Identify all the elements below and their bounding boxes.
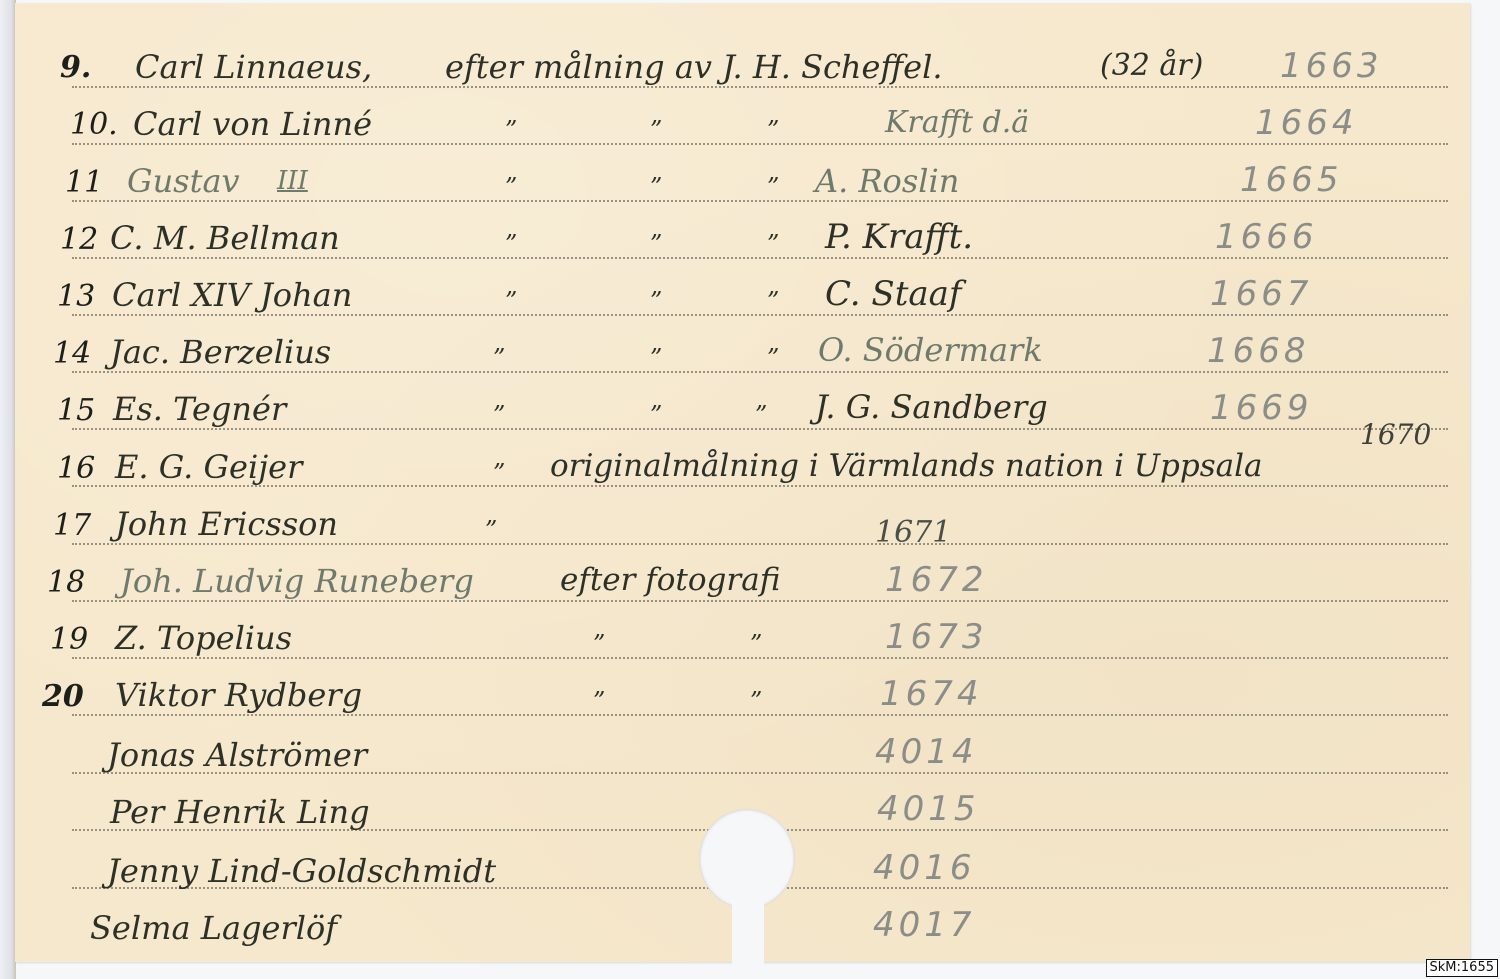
entry-name: Es. Tegnér — [113, 393, 286, 425]
catalog-number: 1665 — [1240, 163, 1343, 197]
ditto-mark: ” — [650, 289, 662, 313]
entry-number: 19 — [50, 625, 88, 655]
ditto-mark: ” — [493, 346, 505, 370]
entry-note: (32 år) — [1100, 51, 1203, 81]
ruled-line — [72, 371, 1448, 373]
entry-number: 14 — [53, 339, 91, 369]
ditto-mark: ” — [767, 289, 779, 313]
catalog-number: 4014 — [875, 735, 978, 769]
ruled-line — [72, 200, 1448, 202]
entry-name: Gustav — [127, 165, 240, 197]
catalog-number: 4016 — [873, 851, 976, 885]
entry-name: Jac. Berzelius — [110, 336, 331, 368]
entry-number: 13 — [57, 282, 95, 312]
artist-name: P. Krafft. — [825, 220, 973, 254]
ditto-mark: ” — [767, 232, 779, 256]
entry-name: John Ericsson — [115, 508, 338, 540]
catalog-number: 1664 — [1255, 106, 1358, 140]
artist-name: J. G. Sandberg — [815, 391, 1048, 423]
entry-number: 16 — [57, 454, 95, 484]
entry-number: 20 — [42, 682, 84, 712]
ditto-mark: ” — [650, 118, 662, 142]
catalog-number: 1673 — [885, 620, 988, 654]
artist-name: C. Staaf — [825, 277, 962, 311]
ditto-mark: ” — [485, 518, 497, 542]
ditto-mark: ” — [650, 346, 662, 370]
catalog-number: 1668 — [1207, 334, 1310, 368]
ditto-mark: ” — [505, 289, 517, 313]
artist-name: Krafft d.ä — [885, 108, 1029, 138]
catalog-number: 4015 — [877, 792, 980, 826]
entry-number: 15 — [57, 396, 95, 426]
ruled-line — [72, 543, 1448, 545]
ditto-mark: ” — [593, 632, 605, 656]
entry-description: efter målning av J. H. Scheffel. — [445, 51, 942, 83]
catalog-number: 1674 — [880, 677, 983, 711]
ditto-mark: ” — [650, 175, 662, 199]
entry-number: 17 — [53, 511, 91, 541]
ditto-mark: ” — [505, 232, 517, 256]
ditto-mark: ” — [750, 689, 762, 713]
entry-name: Jonas Alströmer — [107, 739, 367, 771]
entry-description: efter fotografi — [560, 565, 780, 596]
entry-name: Per Henrik Ling — [110, 796, 370, 828]
ditto-mark: ” — [593, 689, 605, 713]
catalog-number: 1672 — [885, 563, 988, 597]
ruled-line — [72, 143, 1448, 145]
entry-name: Carl Linnaeus, — [135, 51, 372, 83]
entry-name: Jenny Lind-Goldschmidt — [107, 855, 496, 887]
ditto-mark: ” — [493, 461, 505, 485]
catalog-number: 1666 — [1215, 220, 1318, 254]
entry-name: Carl von Linné — [133, 108, 372, 140]
ditto-mark: ” — [767, 118, 779, 142]
ruled-line — [72, 314, 1448, 316]
ditto-mark: ” — [750, 632, 762, 656]
ditto-mark: ” — [767, 346, 779, 370]
entry-number: 10. — [70, 110, 118, 140]
entry-name: Carl XIV Johan — [112, 279, 352, 311]
ditto-mark: ” — [505, 175, 517, 199]
entry-name: Viktor Rydberg — [115, 679, 362, 711]
entry-number: 9. — [60, 53, 91, 83]
catalog-number: 1667 — [1210, 277, 1313, 311]
entry-number: 18 — [47, 568, 85, 598]
ditto-mark: ” — [505, 118, 517, 142]
catalog-number: 1669 — [1210, 391, 1313, 425]
entry-name: Z. Topelius — [115, 622, 292, 654]
ruled-line — [72, 86, 1448, 88]
entry-description: originalmålning i Värmlands nation i Upp… — [550, 451, 1263, 482]
ditto-mark: ” — [650, 232, 662, 256]
ditto-mark: ” — [493, 403, 505, 427]
keyhole-punch-slot — [732, 893, 764, 968]
entry-name: Selma Lagerlöf — [90, 912, 337, 944]
entry-name: E. G. Geijer — [115, 451, 302, 483]
catalog-number: 1671 — [875, 518, 951, 548]
catalog-number: 1663 — [1280, 49, 1383, 83]
entry-name: C. M. Bellman — [110, 222, 340, 254]
ditto-mark: ” — [767, 175, 779, 199]
index-card: 9. Carl Linnaeus, efter målning av J. H.… — [15, 3, 1470, 962]
archive-id-label: SkM:1655 — [1426, 959, 1498, 977]
entry-number: 12 — [60, 225, 98, 255]
regnal-number: III — [277, 168, 308, 194]
entry-number: 11 — [65, 168, 103, 198]
catalog-number: 4017 — [873, 908, 976, 942]
artist-name: O. Södermark — [818, 334, 1043, 366]
catalog-number: 1670 — [1360, 421, 1431, 449]
ditto-mark: ” — [755, 403, 767, 427]
ruled-line — [72, 600, 1448, 602]
scanner-edge — [0, 0, 16, 979]
entry-name: Joh. Ludvig Runeberg — [120, 565, 474, 597]
ruled-line — [72, 257, 1448, 259]
ditto-mark: ” — [650, 403, 662, 427]
artist-name: A. Roslin — [815, 165, 959, 197]
